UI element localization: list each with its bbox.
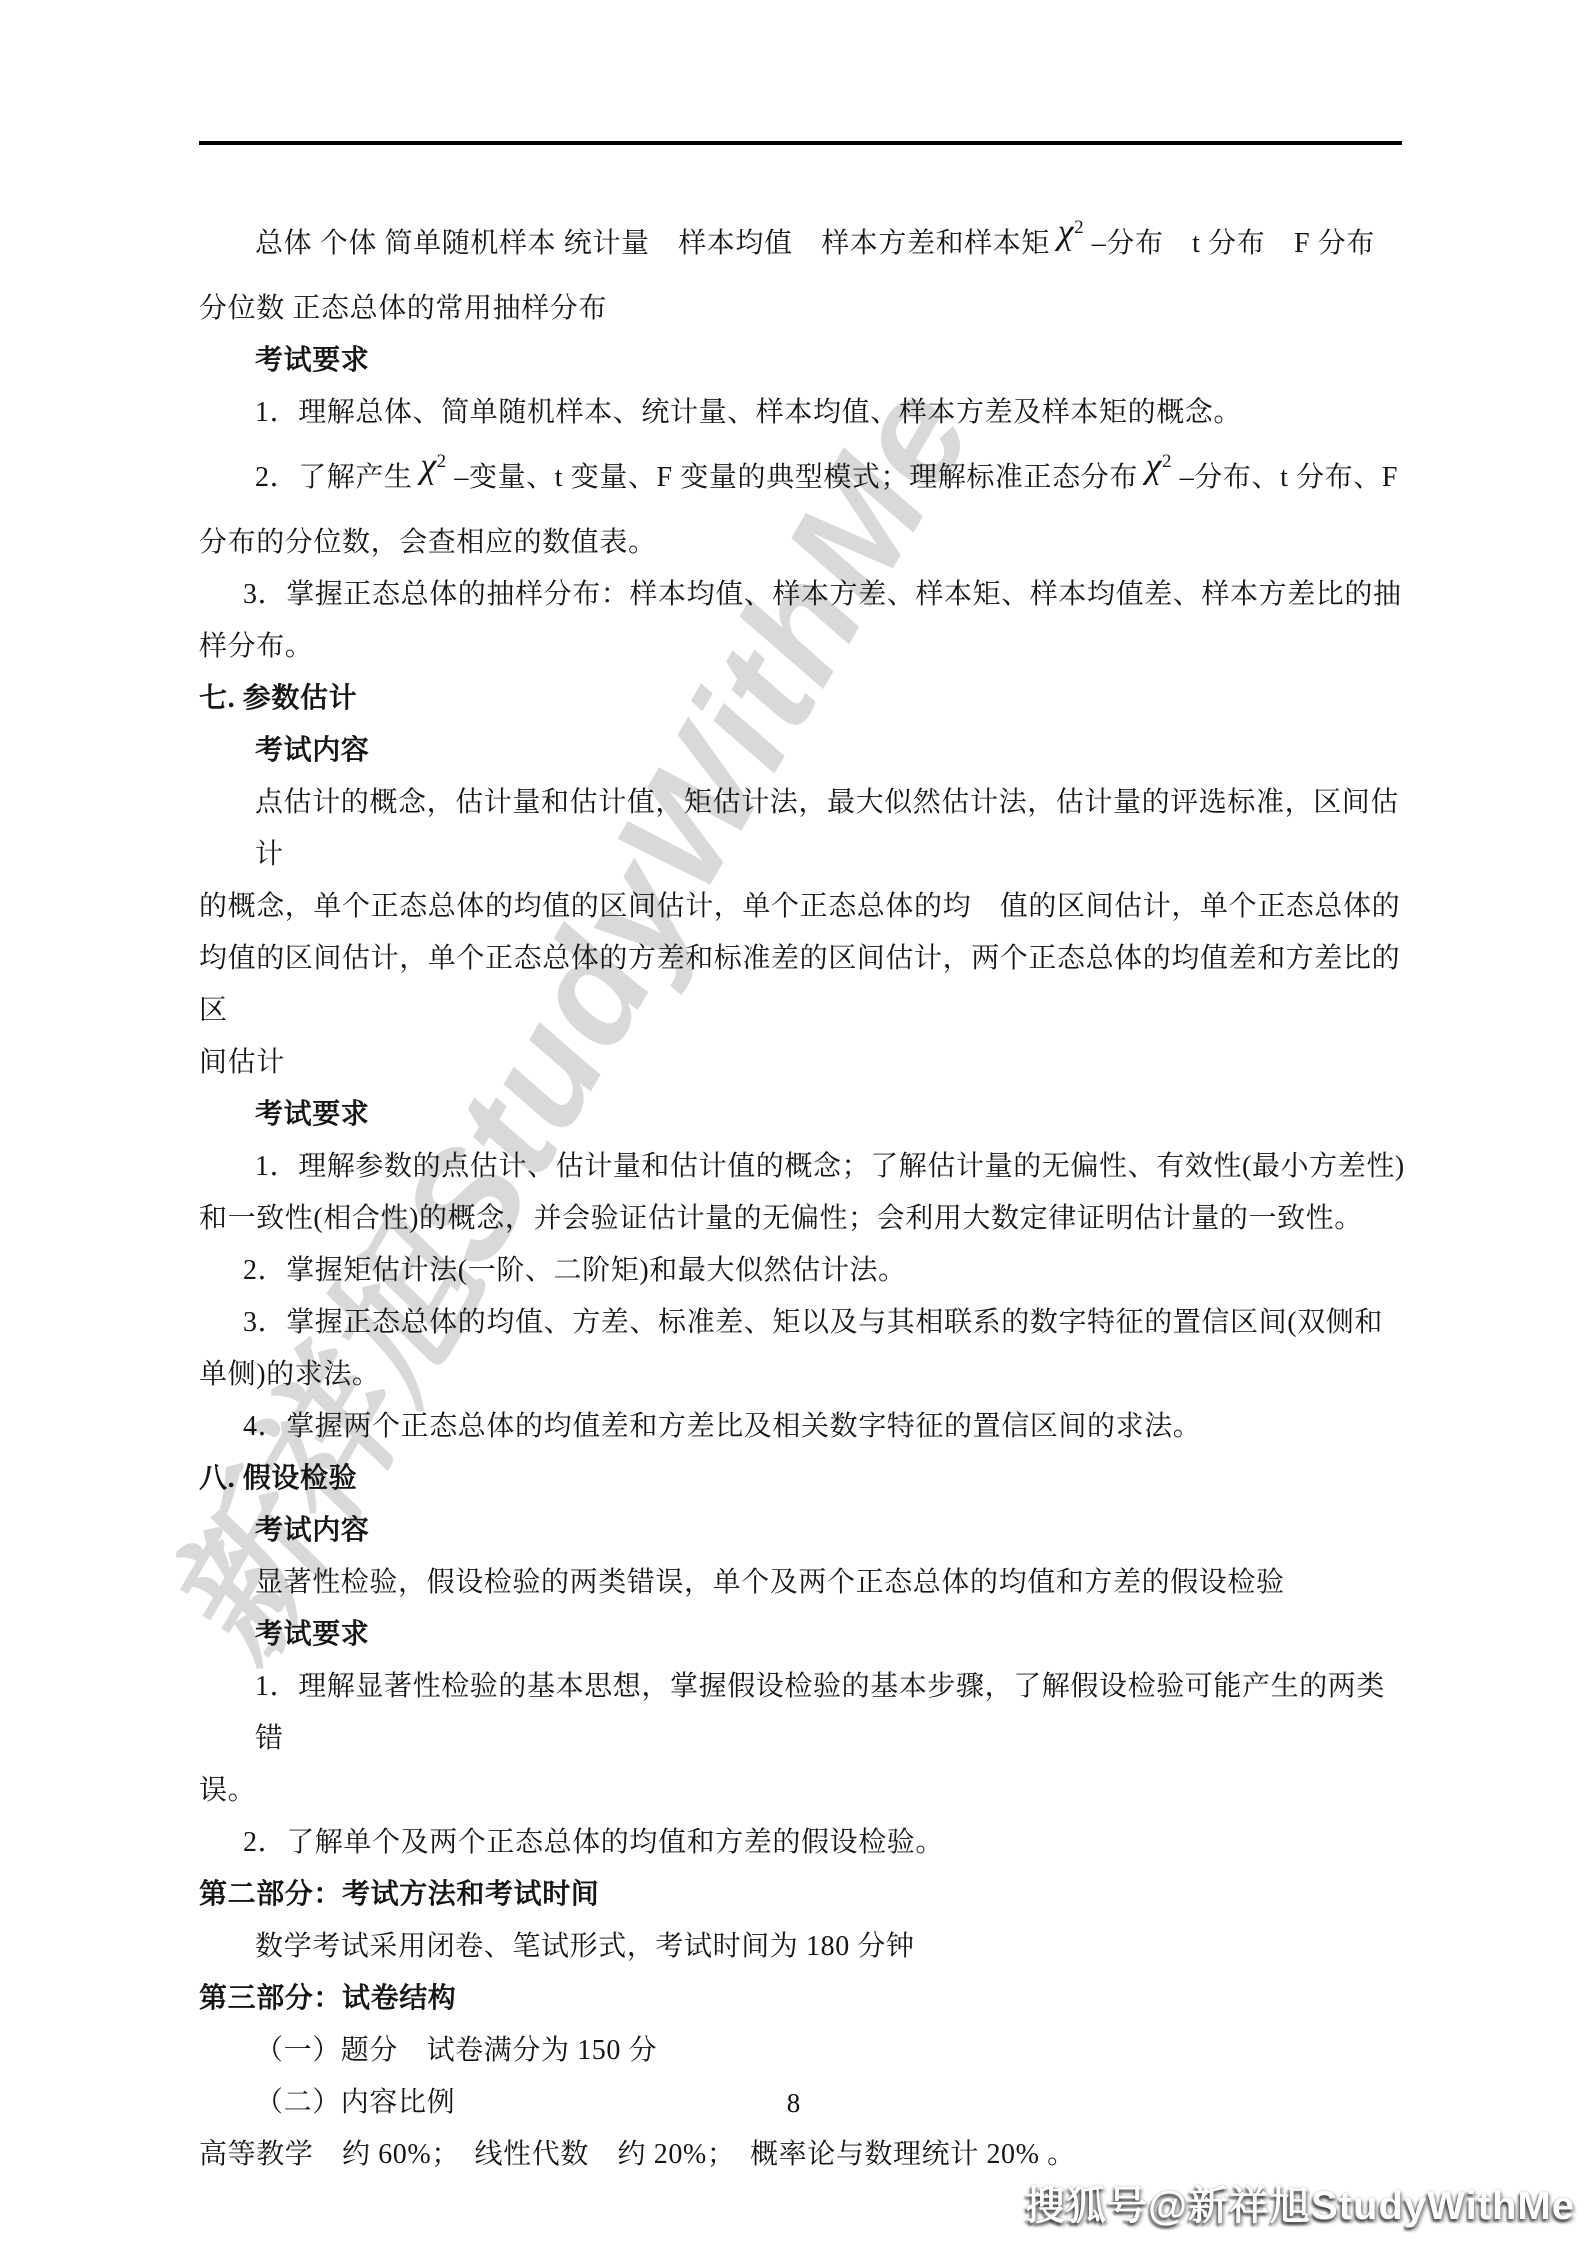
text-line: 间估计	[199, 1037, 1409, 1089]
chi-squared-symbol: χ2	[420, 462, 447, 469]
text-line: 3．掌握正态总体的抽样分布：样本均值、样本方差、样本矩、样本均值差、样本方差比的…	[199, 569, 1409, 621]
text-line: 显著性检验，假设检验的两类错误，单个及两个正态总体的均值和方差的假设检验	[199, 1557, 1409, 1609]
text-line: 点估计的概念，估计量和估计值，矩估计法，最大似然估计法，估计量的评选标准，区间估…	[199, 777, 1409, 881]
chi-squared-symbol: χ2	[1058, 228, 1085, 235]
text-line: 均值的区间估计，单个正态总体的方差和标准差的区间估计，两个正态总体的均值差和方差…	[199, 933, 1409, 1037]
text-line: 考试内容	[199, 1505, 1409, 1557]
text-line: 2．掌握矩估计法(一阶、二阶矩)和最大似然估计法。	[199, 1245, 1409, 1297]
header-rule	[199, 141, 1402, 145]
text-line: （一）题分 试卷满分为 150 分	[199, 2025, 1409, 2077]
text-line: 的概念，单个正态总体的均值的区间估计，单个正态总体的均 值的区间估计，单个正态总…	[199, 881, 1409, 933]
text-line: 3．掌握正态总体的均值、方差、标准差、矩以及与其相联系的数字特征的置信区间(双侧…	[199, 1297, 1409, 1349]
text-line: 误。	[199, 1765, 1409, 1817]
text-line: 第三部分：试卷结构	[199, 1973, 1409, 2025]
chi-squared-symbol: χ2	[1146, 462, 1173, 469]
text-line: 数学考试采用闭卷、笔试形式，考试时间为 180 分钟	[199, 1921, 1409, 1973]
text-line: 和一致性(相合性)的概念，并会验证估计量的无偏性；会利用大数定律证明估计量的一致…	[199, 1193, 1409, 1245]
text-line: 八. 假设检验	[199, 1453, 1409, 1505]
text-line: 考试内容	[199, 725, 1409, 777]
text-line: 分位数 正态总体的常用抽样分布	[199, 283, 1409, 335]
text-line: 1．理解参数的点估计、估计量和估计值的概念；了解估计量的无偏性、有效性(最小方差…	[199, 1141, 1409, 1193]
text-line: 七. 参数估计	[199, 673, 1409, 725]
text-line: 第二部分：考试方法和考试时间	[199, 1869, 1409, 1921]
text-line: 考试要求	[199, 1089, 1409, 1141]
text-line: 分布的分位数，会查相应的数值表。	[199, 517, 1409, 569]
page-number: 8	[787, 2088, 801, 2119]
text-line: 考试要求	[199, 335, 1409, 387]
text-line: 2．了解单个及两个正态总体的均值和方差的假设检验。	[199, 1817, 1409, 1869]
document-page: 新祥旭StudyWithMe 总体 个体 简单随机样本 统计量 样本均值 样本方…	[0, 0, 1587, 2245]
text-line: 考试要求	[199, 1609, 1409, 1661]
text-line: 样分布。	[199, 621, 1409, 673]
text-line: 单侧)的求法。	[199, 1349, 1409, 1401]
text-line: 1．理解总体、简单随机样本、统计量、样本均值、样本方差及样本矩的概念。	[199, 387, 1409, 439]
text-line: （二）内容比例	[199, 2077, 1409, 2129]
publisher-watermark-badge: 搜狐号@新祥旭StudyWithMe	[1025, 2174, 1575, 2231]
text-line: 2．了解产生 χ2 –变量、t 变量、F 变量的典型模式；理解标准正态分布 χ2…	[199, 439, 1409, 517]
text-line: 1．理解显著性检验的基本思想，掌握假设检验的基本步骤，了解假设检验可能产生的两类…	[199, 1661, 1409, 1765]
text-line: 4．掌握两个正态总体的均值差和方差比及相关数字特征的置信区间的求法。	[199, 1401, 1409, 1453]
text-line: 总体 个体 简单随机样本 统计量 样本均值 样本方差和样本矩 χ2 –分布 t …	[199, 205, 1409, 283]
document-body: 总体 个体 简单随机样本 统计量 样本均值 样本方差和样本矩 χ2 –分布 t …	[199, 205, 1409, 2181]
